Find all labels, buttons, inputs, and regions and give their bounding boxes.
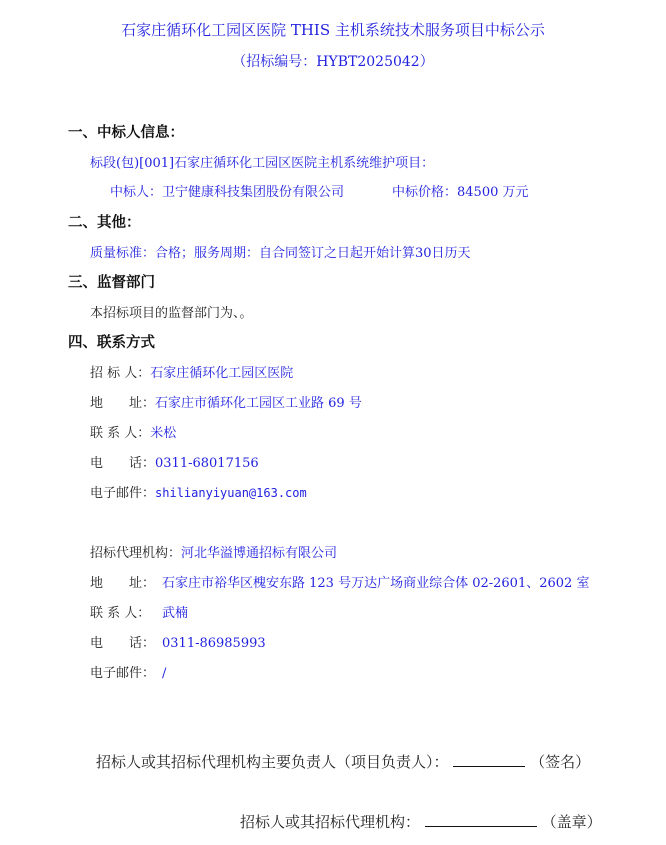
document-title: 石家庄循环化工园区医院 THIS 主机系统技术服务项目中标公示 — [0, 19, 666, 40]
agency-phone: 0311-86985993 — [162, 636, 266, 651]
signature-org-row: 招标人或其招标代理机构： （盖章） — [240, 811, 602, 832]
field-label: 电子邮件： — [90, 662, 162, 681]
field-label: 电子邮件： — [90, 482, 155, 501]
responsible-label: 招标人或其招标代理机构主要负责人（项目负责人）： — [96, 753, 449, 771]
tenderer-phone-row: 电 话：0311-68017156 — [90, 452, 259, 471]
agency-email-row: 电子邮件：/ — [90, 662, 166, 681]
field-label: 地 址： — [90, 392, 155, 411]
price-label: 中标价格： — [392, 185, 457, 200]
section-heading-supervision: 三、监督部门 — [68, 271, 155, 292]
tenderer-email: shilianyiyuan@163.com — [155, 486, 307, 500]
price-row: 中标价格：84500 万元 — [392, 181, 529, 200]
field-label: 招标代理机构： — [90, 542, 181, 561]
tenderer-email-row: 电子邮件：shilianyiyuan@163.com — [90, 482, 307, 501]
tenderer-address: 石家庄市循环化工园区工业路 69 号 — [155, 396, 362, 411]
section-heading-contact: 四、联系方式 — [68, 331, 155, 352]
field-label: 电 话： — [90, 632, 162, 651]
field-label: 联 系 人： — [90, 422, 150, 441]
field-label: 招 标 人： — [90, 362, 150, 381]
winner-label: 中标人： — [110, 185, 162, 200]
agency-name: 河北华溢博通招标有限公司 — [181, 546, 337, 561]
price-value: 84500 万元 — [457, 185, 529, 200]
agency-contact: 武楠 — [162, 606, 188, 621]
winner-row: 中标人：卫宁健康科技集团股份有限公司 — [110, 181, 344, 200]
section-heading-other: 二、其他： — [68, 211, 141, 232]
tenderer-contact-row: 联 系 人：米松 — [90, 422, 176, 441]
other-text: 质量标准：合格；服务周期：自合同签订之日起开始计算30日历天 — [90, 242, 471, 261]
tenderer-name-row: 招 标 人：石家庄循环化工园区医院 — [90, 362, 293, 381]
field-label: 地 址： — [90, 572, 162, 591]
agency-address: 石家庄市裕华区槐安东路 123 号万达广场商业综合体 02-2601、2602 … — [162, 576, 589, 591]
signature-responsible-row: 招标人或其招标代理机构主要负责人（项目负责人）： （签名） — [96, 751, 590, 772]
sign-suffix: （签名） — [530, 753, 590, 771]
tenderer-name: 石家庄循环化工园区医院 — [150, 366, 293, 381]
seal-line[interactable] — [425, 812, 537, 827]
agency-address-row: 地 址：石家庄市裕华区槐安东路 123 号万达广场商业综合体 02-2601、2… — [90, 572, 589, 591]
tenderer-phone: 0311-68017156 — [155, 456, 259, 471]
tenderer-contact: 米松 — [150, 426, 176, 441]
signature-line[interactable] — [453, 752, 525, 767]
agency-contact-row: 联 系 人：武楠 — [90, 602, 188, 621]
org-label: 招标人或其招标代理机构： — [240, 813, 420, 831]
agency-name-row: 招标代理机构：河北华溢博通招标有限公司 — [90, 542, 337, 561]
seal-suffix: （盖章） — [542, 813, 602, 831]
lot-description: 标段(包)[001]石家庄循环化工园区医院主机系统维护项目： — [90, 152, 434, 171]
winner-value: 卫宁健康科技集团股份有限公司 — [162, 185, 344, 200]
section-heading-winner: 一、中标人信息： — [68, 121, 184, 142]
field-label: 电 话： — [90, 452, 155, 471]
agency-phone-row: 电 话：0311-86985993 — [90, 632, 266, 651]
tender-number: （招标编号：HYBT2025042） — [0, 51, 666, 71]
supervision-text: 本招标项目的监督部门为、。 — [90, 302, 253, 321]
agency-email: / — [162, 666, 166, 681]
tenderer-address-row: 地 址：石家庄市循环化工园区工业路 69 号 — [90, 392, 362, 411]
field-label: 联 系 人： — [90, 602, 162, 621]
